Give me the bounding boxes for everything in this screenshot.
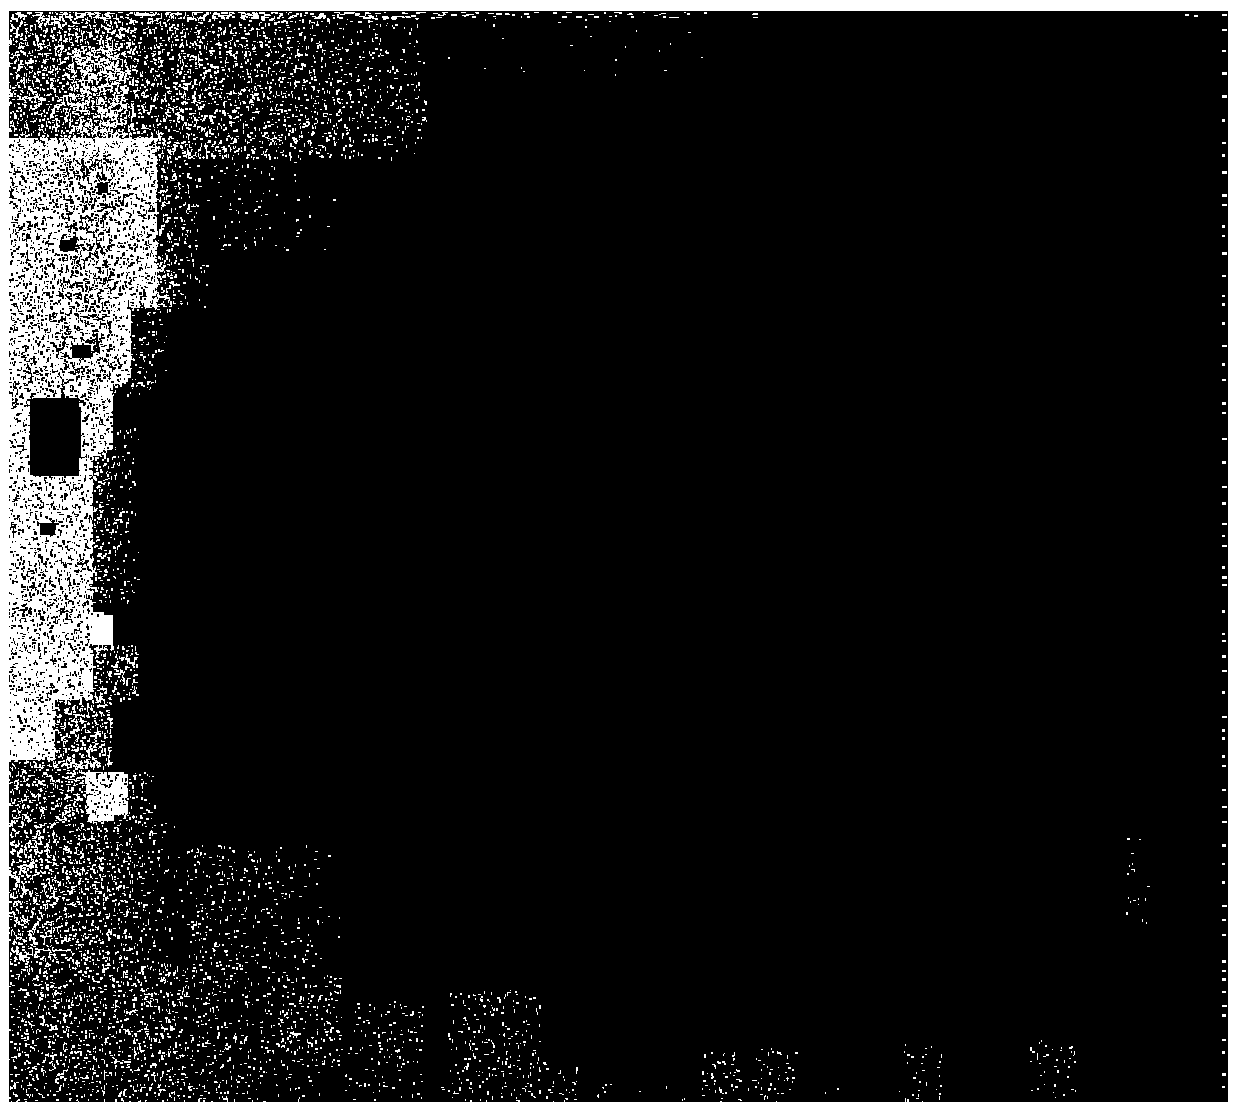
scanned-figure-page — [0, 0, 1240, 1114]
binarized-photo-canvas — [0, 0, 1240, 1114]
